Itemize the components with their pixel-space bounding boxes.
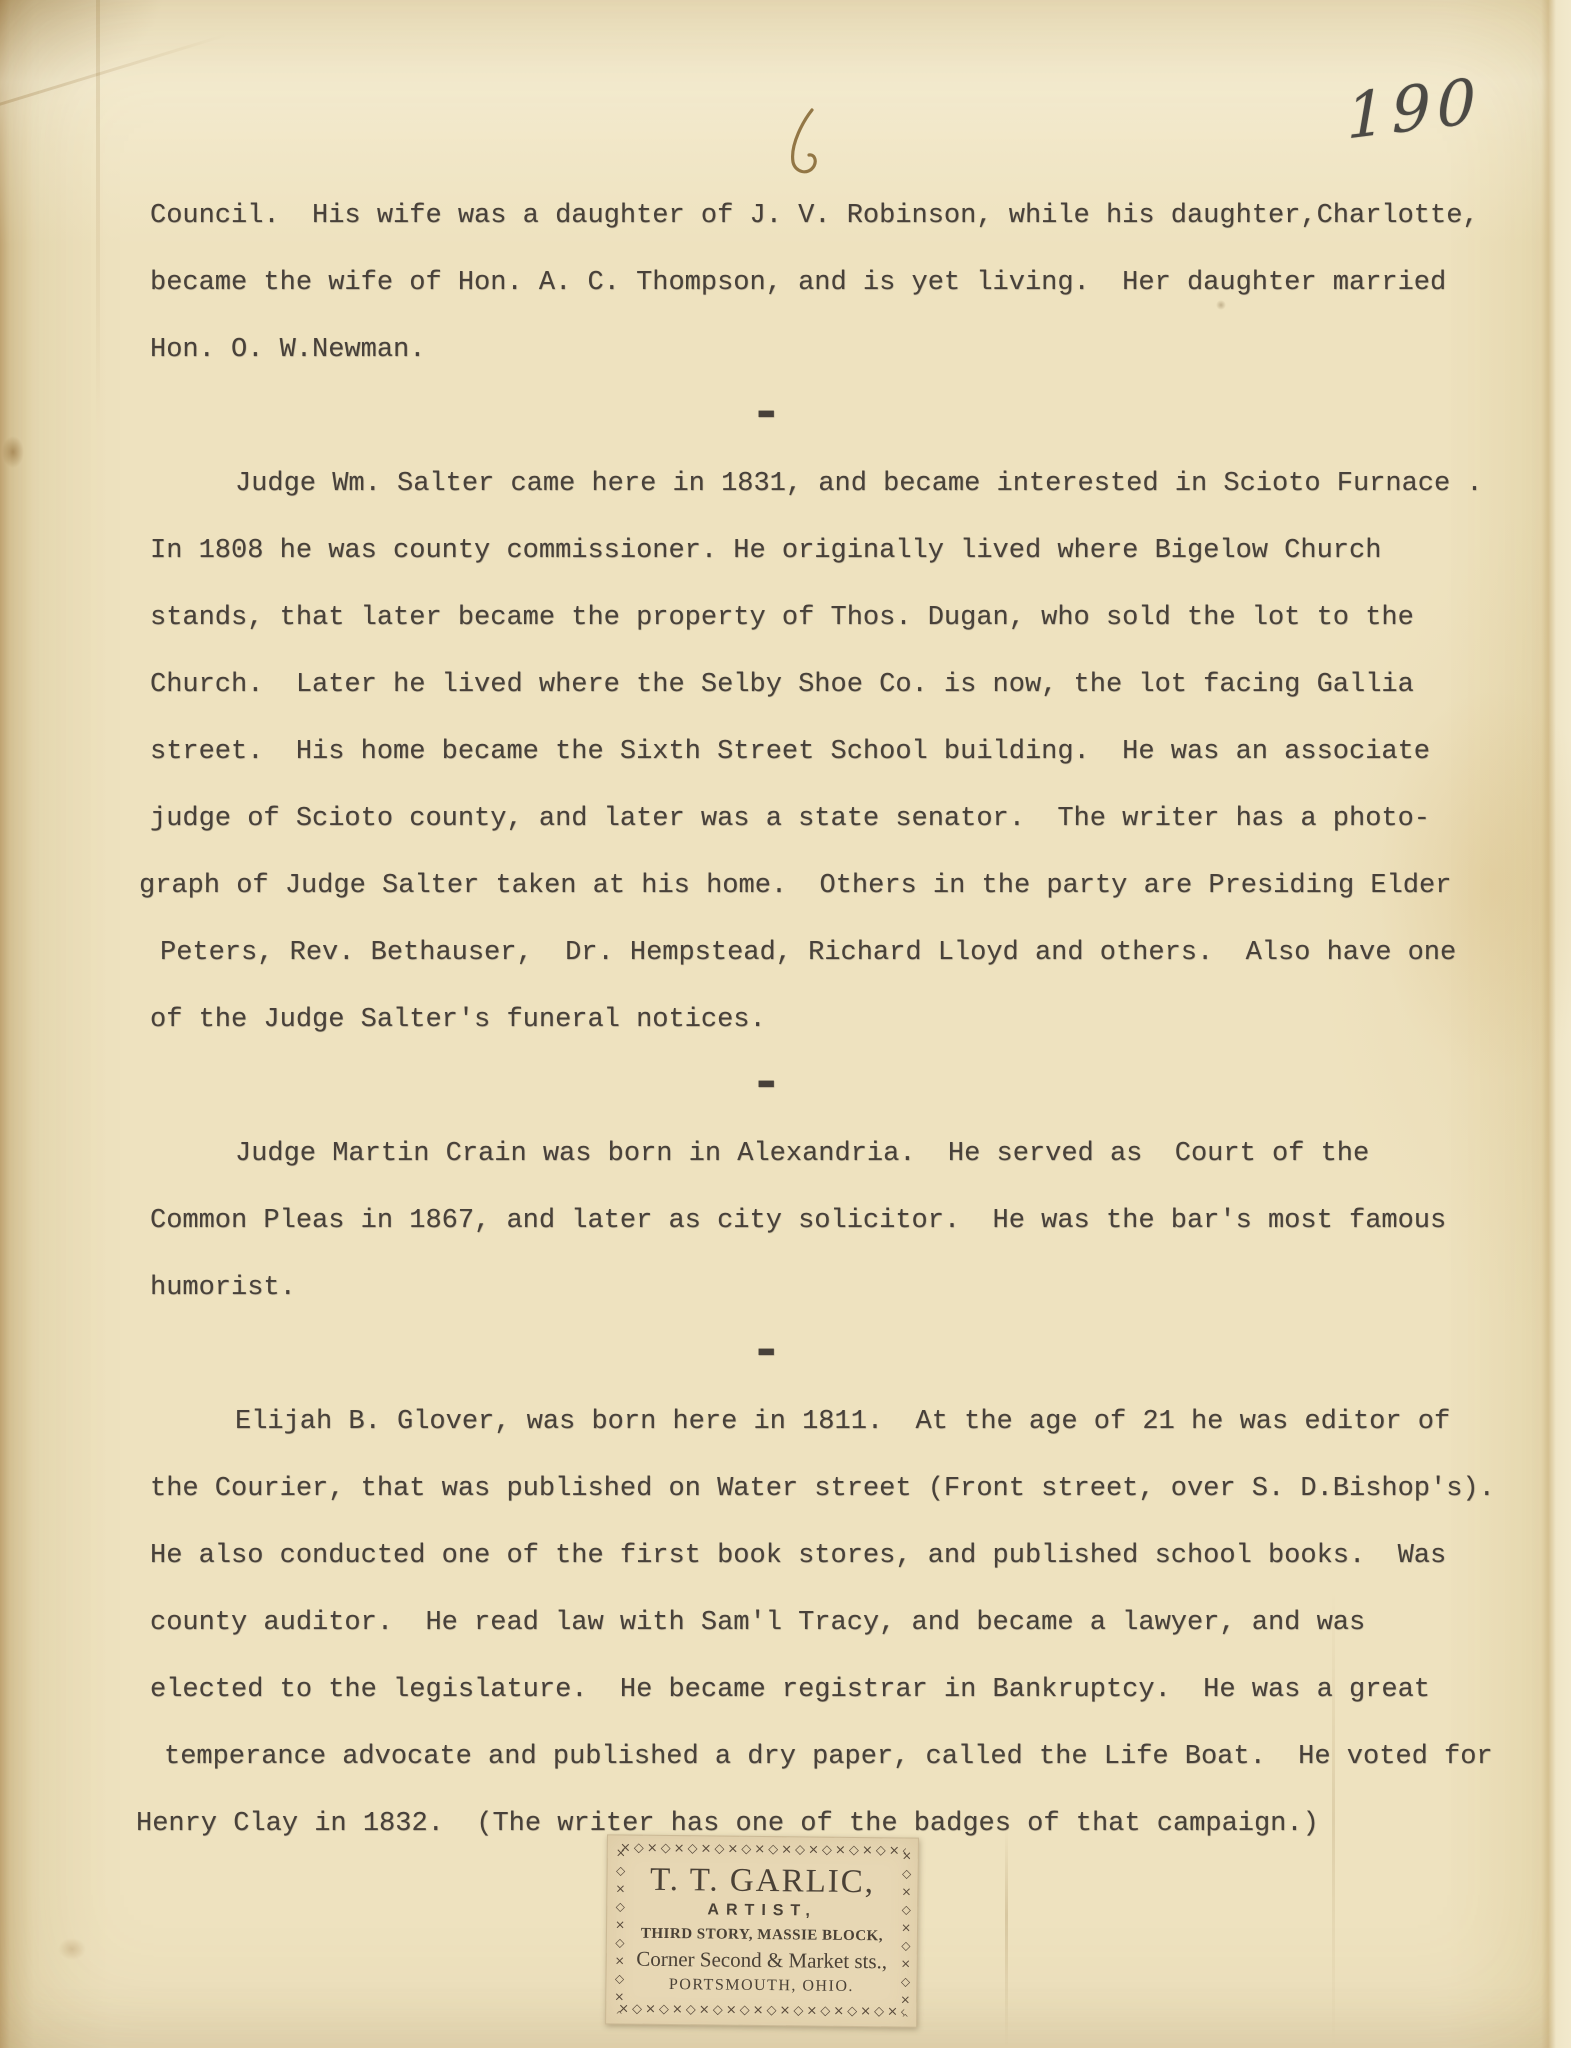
paper-crease [0, 34, 227, 110]
label-address2: Corner Second & Market sts., [629, 1947, 895, 1975]
text-line: stands, that later became the property o… [150, 585, 1540, 652]
text-line: Common Pleas in 1867, and later as city … [150, 1188, 1540, 1255]
text-line: Elijah B. Glover, was born here in 1811.… [150, 1389, 1540, 1456]
text-line: In 1808 he was county commissioner. He o… [150, 518, 1540, 585]
text-line: judge of Scioto county, and later was a … [150, 786, 1540, 853]
text-line: became the wife of Hon. A. C. Thompson, … [150, 250, 1540, 317]
paragraph-separator: - [150, 1322, 1540, 1389]
label-text-block: T. T. GARLIC, ARTIST, THIRD STORY, MASSI… [628, 1856, 896, 2007]
paragraph-separator: - [150, 384, 1540, 451]
text-line: Judge Martin Crain was born in Alexandri… [150, 1121, 1540, 1188]
text-line: He also conducted one of the first book … [150, 1523, 1540, 1590]
typed-text-block: Council. His wife was a daughter of J. V… [150, 183, 1540, 1858]
paper-crease [1005, 1828, 1008, 2048]
text-line: temperance advocate and published a dry … [164, 1724, 1540, 1791]
fiber-stain [778, 104, 832, 182]
artist-label-clipping: ×◇×◇×◇×◇×◇×◇×◇×◇×◇×◇×◇×◇×◇×◇×◇×◇×◇×◇×◇×◇… [605, 1834, 919, 2027]
text-line: the Courier, that was published on Water… [150, 1456, 1540, 1523]
page-right-edge [1541, 0, 1571, 2048]
fiber-stain-path [793, 110, 816, 172]
paper-stain [58, 1938, 86, 1960]
paper-crease [96, 0, 100, 430]
text-line: of the Judge Salter's funeral notices. [150, 987, 1540, 1054]
text-line: Hon. O. W.Newman. [150, 317, 1540, 384]
label-title: ARTIST, [629, 1901, 895, 1922]
text-line: street. His home became the Sixth Street… [150, 719, 1540, 786]
text-line: humorist. [150, 1255, 1540, 1322]
text-line: graph of Judge Salter taken at his home.… [139, 853, 1540, 920]
handwritten-page-number: 190 [1346, 63, 1483, 153]
text-line: county auditor. He read law with Sam'l T… [150, 1590, 1540, 1657]
label-border-ornament: ×◇×◇×◇×◇×◇×◇×◇×◇×◇×◇×◇×◇ [610, 1845, 628, 2013]
text-line: Peters, Rev. Bethauser, Dr. Hempstead, R… [160, 920, 1540, 987]
label-address3: PORTSMOUTH, OHIO. [628, 1976, 894, 1997]
text-line: elected to the legislature. He became re… [150, 1657, 1540, 1724]
label-name: T. T. GARLIC, [629, 1862, 895, 1902]
document-page: 190 Council. His wife was a daughter of … [0, 0, 1571, 2048]
label-address1: THIRD STORY, MASSIE BLOCK, [629, 1926, 895, 1946]
text-line: Council. His wife was a daughter of J. V… [150, 183, 1540, 250]
text-line: Judge Wm. Salter came here in 1831, and … [150, 451, 1540, 518]
paper-stain [2, 436, 24, 468]
label-border-ornament: ×◇×◇×◇×◇×◇×◇×◇×◇×◇×◇×◇×◇ [896, 1848, 914, 2016]
text-line: Church. Later he lived where the Selby S… [150, 652, 1540, 719]
paragraph-separator: - [150, 1054, 1540, 1121]
